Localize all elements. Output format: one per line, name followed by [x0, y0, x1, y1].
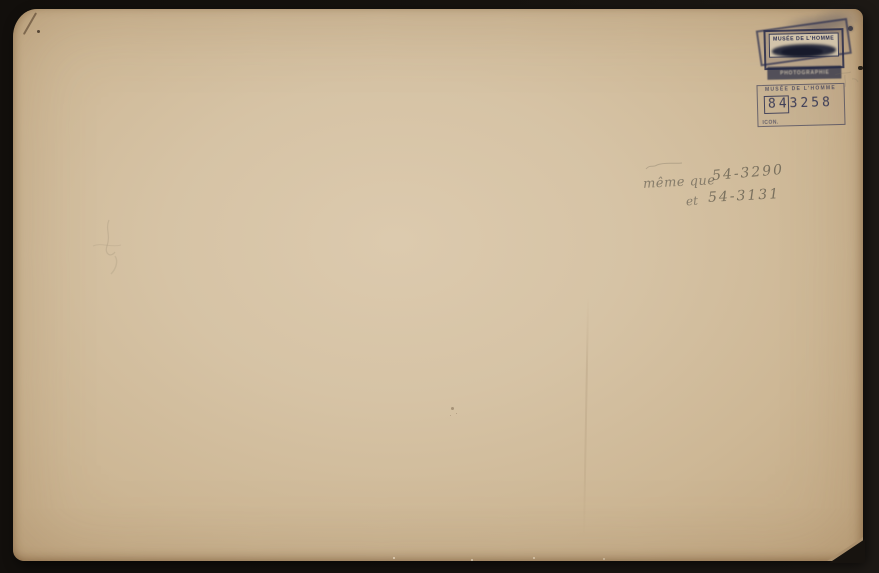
- handwritten-reference-2: 54-3131: [708, 186, 781, 206]
- stamp-department: PHOTOGRAPHIE: [780, 69, 830, 75]
- paper-speck: [451, 407, 454, 410]
- edge-specks: [393, 557, 395, 559]
- scan-background: MUSÉE DE L'HOMME PHOTOGRAPHIE MUSÉE DE L…: [0, 0, 879, 573]
- faint-pencil-mark: [831, 67, 861, 96]
- stamp-department: ICON.: [762, 114, 795, 133]
- photo-verso-paper: MUSÉE DE L'HOMME PHOTOGRAPHIE MUSÉE DE L…: [13, 9, 863, 561]
- number-box: [764, 95, 789, 114]
- corner-speck: [37, 30, 40, 33]
- faint-pencil-smudge: [81, 212, 141, 287]
- corner-crack: [23, 12, 37, 34]
- handwritten-reference-1: 54-3290: [711, 162, 784, 184]
- handwritten-note: même que: [643, 173, 716, 192]
- paper-crease: [583, 297, 589, 539]
- handwritten-conjunction: et: [686, 194, 699, 209]
